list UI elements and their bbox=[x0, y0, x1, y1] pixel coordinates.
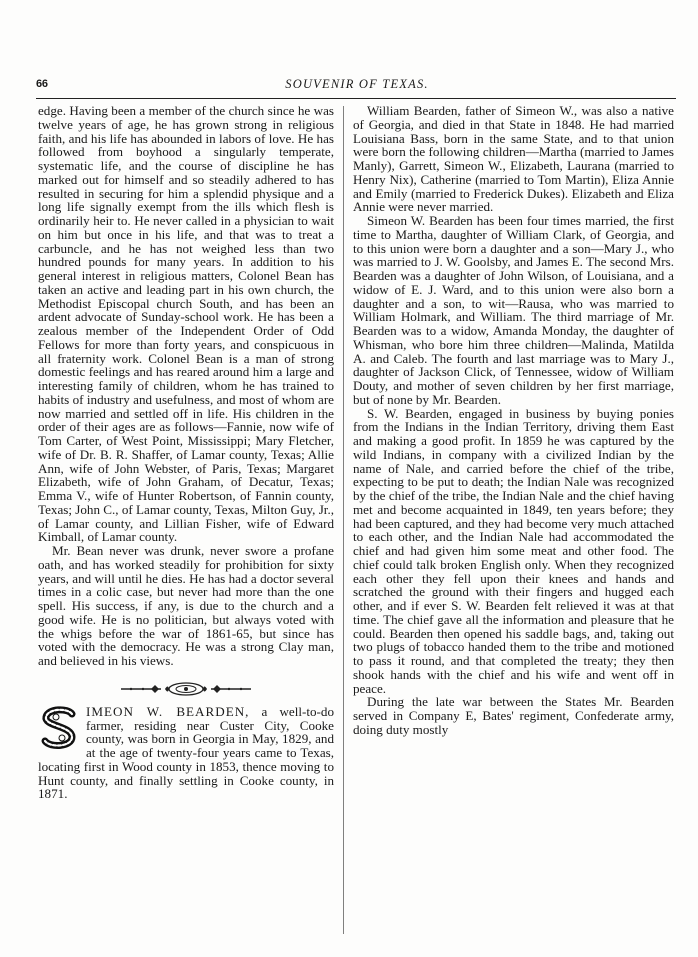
paragraph: During the late war between the States M… bbox=[353, 695, 674, 736]
running-title: SOUVENIR OF TEXAS. bbox=[36, 77, 678, 92]
paragraph: edge. Having been a member of the church… bbox=[38, 104, 334, 544]
ornamental-divider-icon bbox=[121, 682, 251, 696]
paragraph: Mr. Bean never was drunk, never swore a … bbox=[38, 544, 334, 668]
header-rule bbox=[36, 98, 676, 99]
running-head: 66 SOUVENIR OF TEXAS. bbox=[36, 78, 678, 94]
ornate-s-icon bbox=[38, 706, 80, 750]
left-column: edge. Having been a member of the church… bbox=[38, 104, 334, 801]
biography-text: a well-to-do farmer, residing near Custe… bbox=[38, 704, 334, 802]
subject-name: IMEON W. BEARDEN, bbox=[86, 704, 249, 719]
column-divider bbox=[343, 106, 344, 934]
paragraph: William Bearden, father of Simeon W., wa… bbox=[353, 104, 674, 214]
drop-cap-letter bbox=[38, 706, 80, 750]
paragraph: Simeon W. Bearden has been four times ma… bbox=[353, 214, 674, 407]
biography-opening: IMEON W. BEARDEN, a well-to-do farmer, r… bbox=[38, 705, 334, 801]
right-column: William Bearden, father of Simeon W., wa… bbox=[353, 104, 674, 737]
book-page: 66 SOUVENIR OF TEXAS. edge. Having been … bbox=[0, 0, 698, 957]
biography-paragraph: IMEON W. BEARDEN, a well-to-do farmer, r… bbox=[38, 705, 334, 801]
paragraph: S. W. Bearden, engaged in business by bu… bbox=[353, 407, 674, 696]
